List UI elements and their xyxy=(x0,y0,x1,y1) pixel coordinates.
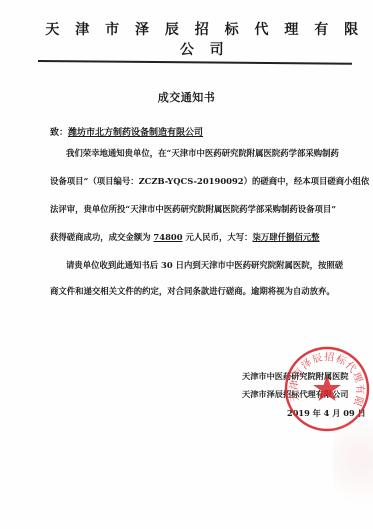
paragraph1-line3: 法评审，贵单位所投“天津市中医药研究院附属医院药学部采购制药设备项目” xyxy=(50,198,350,220)
recipient-company: 潍坊市北方制药设备制造有限公司 xyxy=(68,128,203,138)
document-page: 天 津 市 泽 辰 招 标 代 理 有 限 公 司 成交通知书 致：潍坊市北方制… xyxy=(0,0,373,529)
paragraph1-line1: 我们荣幸地通知贵单位，在“天津市中医药研究院附属医院药学部采购制药 xyxy=(66,142,366,164)
paragraph2-line2: 商文件和递交相关文件的约定，对合同条款进行磋商。逾期将视为自动放弃。 xyxy=(50,280,350,302)
letterhead-divider xyxy=(38,60,352,65)
paragraph1-line2: 设备项目”（项目编号：ZCZB-YQCS-20190092）的磋商中，经本项目磋… xyxy=(50,170,350,192)
recipient-prefix: 致： xyxy=(50,128,68,138)
svg-text:天津市泽辰招标代理有限公司: 天津市泽辰招标代理有限公司 xyxy=(283,345,367,409)
paragraph2-line1: 请贵单位收到此通知书后 30 日内到天津市中医药研究院附属医院，按照磋 xyxy=(66,254,366,276)
award-text-mid: 元人民币，大写： xyxy=(183,232,253,242)
document-title: 成交通知书 xyxy=(0,89,373,105)
award-amount: 74800 xyxy=(153,232,182,242)
recipient-line: 致：潍坊市北方制药设备制造有限公司 xyxy=(50,125,203,138)
paragraph1-line4: 获得磋商成功，成交金额为 74800 元人民币，大写：柒万肆仟捌佰元整 xyxy=(50,226,350,248)
scan-noise xyxy=(333,420,373,520)
award-amount-words: 柒万肆仟捌佰元整 xyxy=(252,232,319,242)
letterhead-company-name: 天 津 市 泽 辰 招 标 代 理 有 限 公 司 xyxy=(0,19,373,59)
award-text-prefix: 获得磋商成功，成交金额为 xyxy=(50,232,153,242)
